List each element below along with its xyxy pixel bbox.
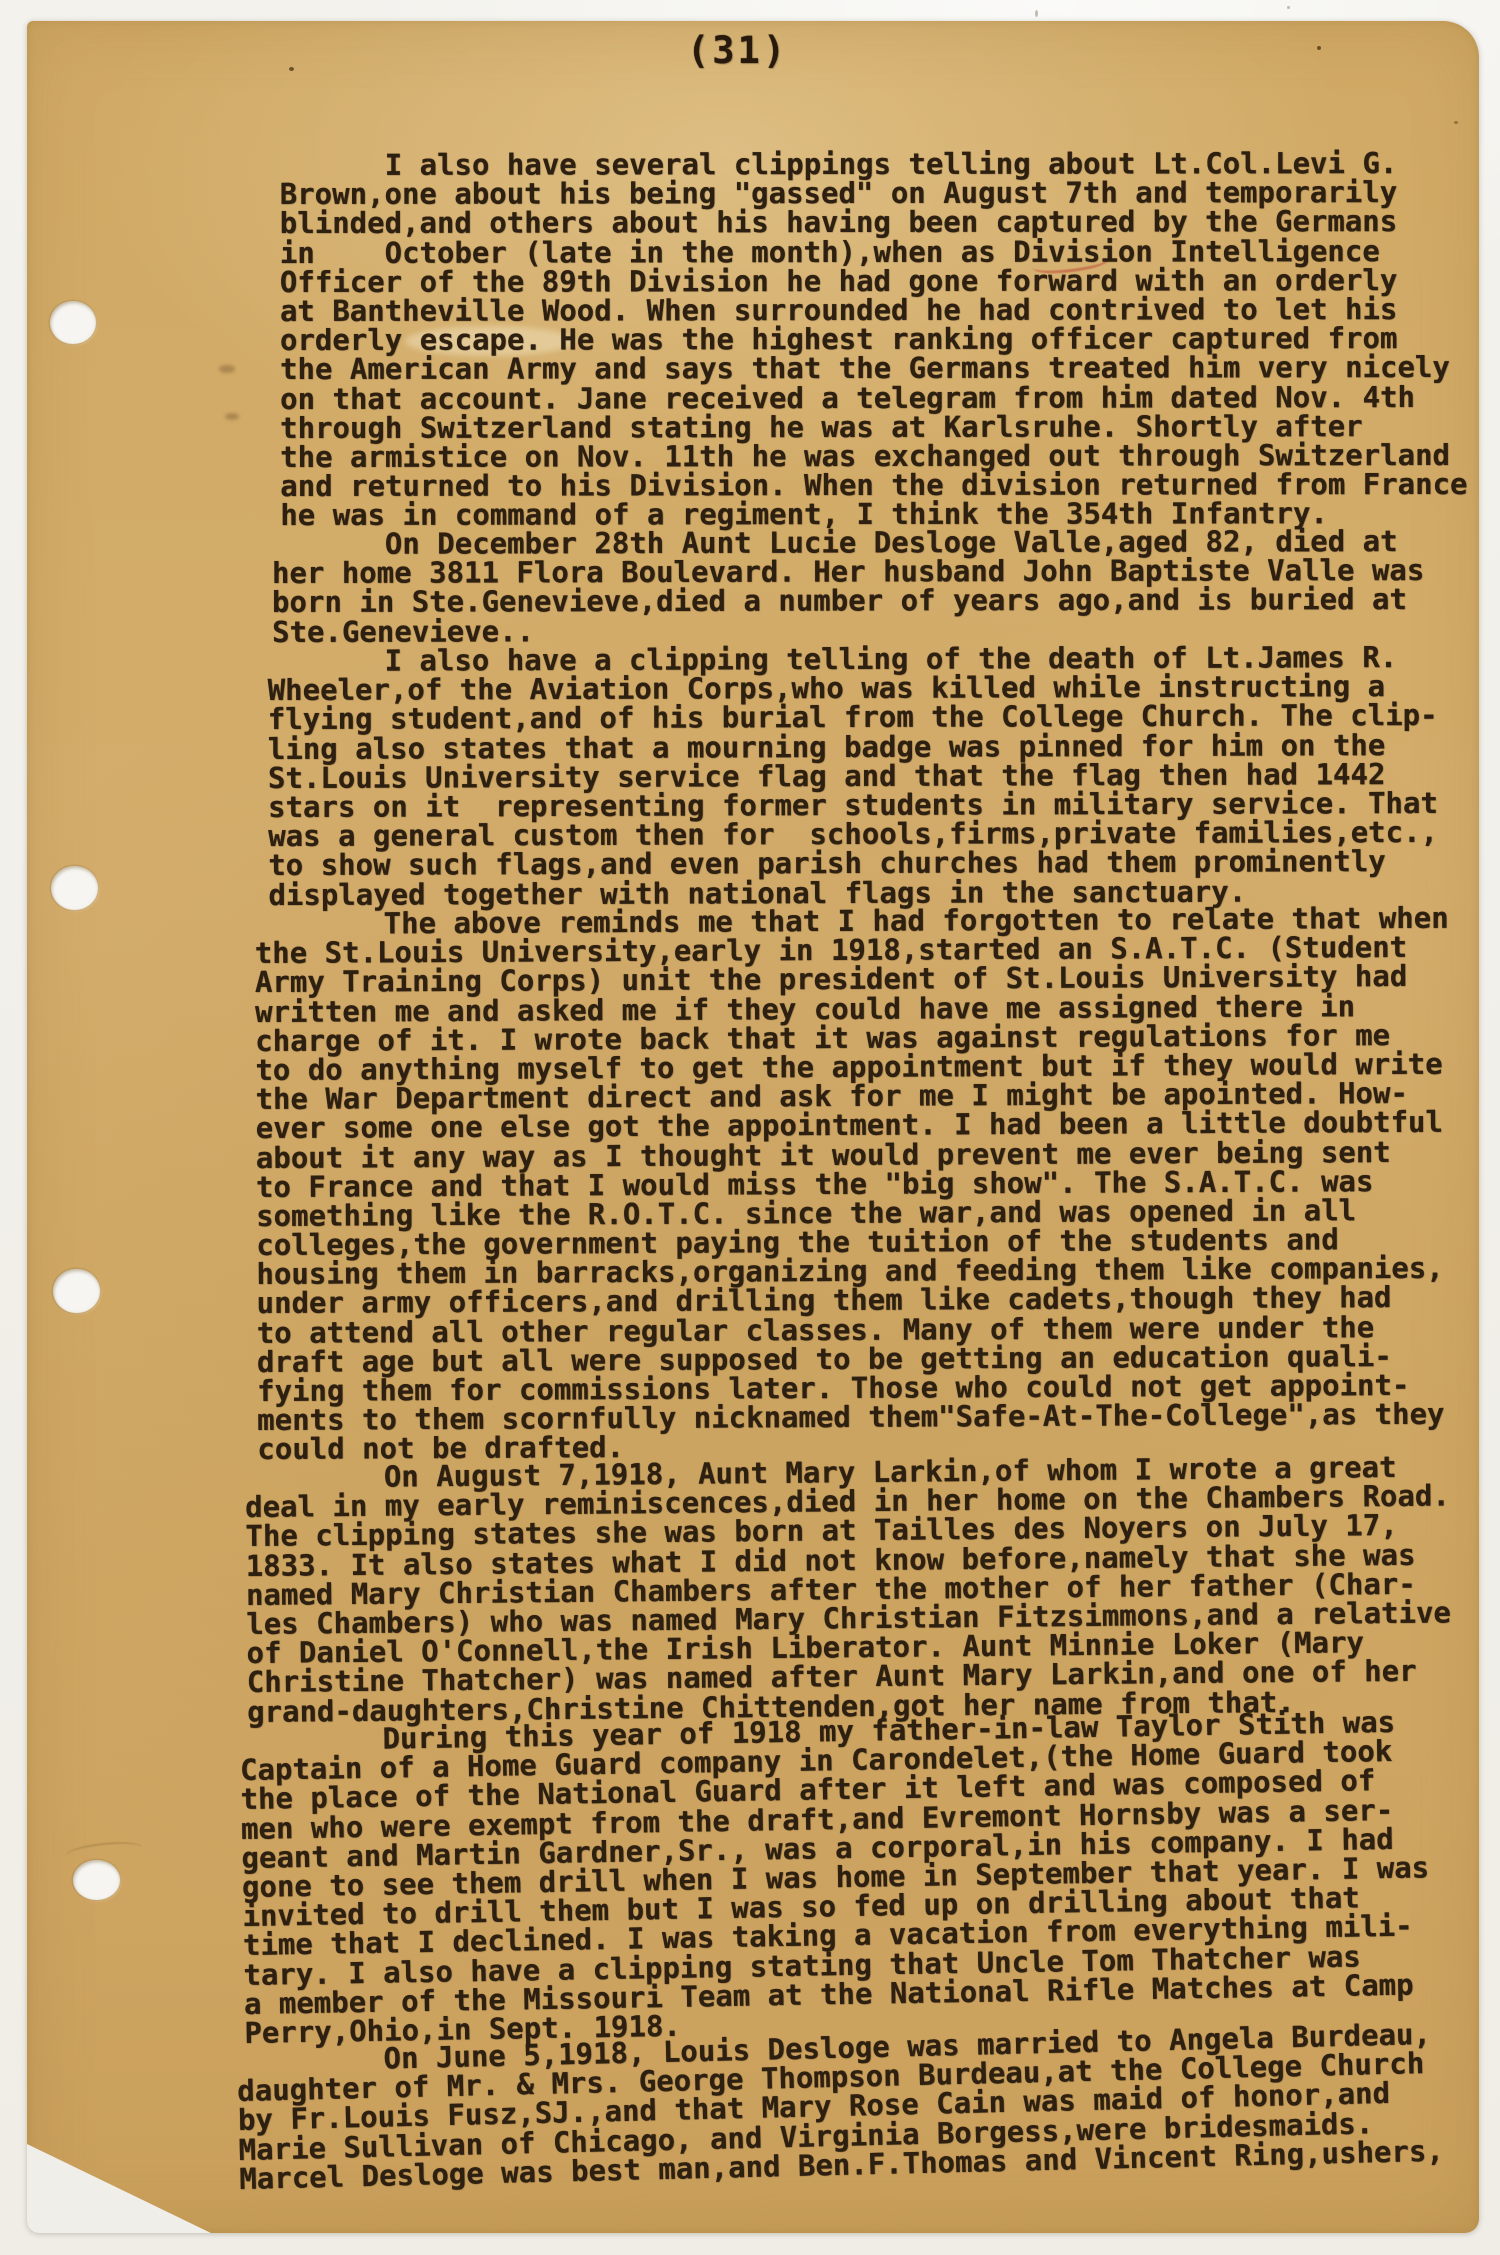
- paragraph: I also have a clipping telling of the de…: [268, 643, 1479, 910]
- paragraph: On June 5,1918, Louis Desloge was marrie…: [236, 2019, 1479, 2194]
- paper-sheet: (31) I also have several clippings telli…: [27, 21, 1479, 2233]
- dust-speck: [1287, 6, 1290, 9]
- typewritten-text: I also have several clippings telling ab…: [27, 151, 1479, 2194]
- paragraph: On December 28th Aunt Lucie Desloge Vall…: [272, 527, 1479, 647]
- page-number: (31): [687, 29, 788, 72]
- text-line: born in Ste.Genevieve,died a number of y…: [272, 586, 1479, 618]
- paragraph: The above reminds me that I had forgotte…: [255, 903, 1479, 1464]
- paragraph: I also have several clippings telling ab…: [280, 149, 1479, 531]
- dust-speck: [1035, 10, 1038, 17]
- ink-speck: [1317, 46, 1321, 50]
- paragraph: On August 7,1918, Aunt Mary Larkin,of wh…: [245, 1453, 1479, 1728]
- ink-speck: [289, 67, 294, 71]
- ink-speck: [1454, 121, 1458, 124]
- paragraph: During this year of 1918 my father-in-la…: [239, 1707, 1479, 2049]
- text-line: ments to them scornfully nicknamed them"…: [257, 1400, 1479, 1436]
